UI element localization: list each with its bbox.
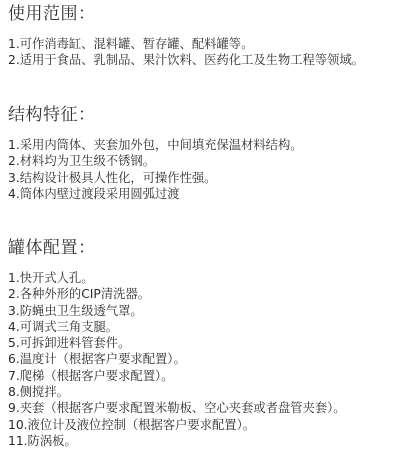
list-item: 3.结构设计极具人性化，可操作性强。 bbox=[8, 170, 420, 186]
list-item: 4.可调式三角支腿。 bbox=[8, 319, 420, 335]
list-item: 1.快开式人孔。 bbox=[8, 270, 420, 286]
list-item: 7.爬梯（根据客户要求配置）。 bbox=[8, 368, 420, 384]
structure-list: 1.采用内筒体、夹套加外包，中间填充保温材料结构。 2.材料均为卫生级不锈钢。 … bbox=[8, 137, 420, 202]
list-item: 8.侧搅拌。 bbox=[8, 384, 420, 400]
list-item: 4.筒体内壁过渡段采用圆弧过渡 bbox=[8, 186, 420, 202]
list-item: 1.可作消毒缸、混料罐、暂存罐、配料罐等。 bbox=[8, 36, 420, 52]
list-item: 2.各种外形的CIP清洗器。 bbox=[8, 286, 420, 302]
section-heading: 罐体配置： bbox=[8, 238, 420, 258]
list-item: 11.防涡板。 bbox=[8, 433, 420, 449]
configuration-list: 1.快开式人孔。 2.各种外形的CIP清洗器。 3.防蝇虫卫生级透气罩。 4.可… bbox=[8, 270, 420, 449]
list-item: 1.采用内筒体、夹套加外包，中间填充保温材料结构。 bbox=[8, 137, 420, 153]
usage-list: 1.可作消毒缸、混料罐、暂存罐、配料罐等。 2.适用于食品、乳制品、果汁饮料、医… bbox=[8, 36, 420, 69]
section-heading: 使用范围： bbox=[8, 4, 420, 24]
list-item: 10.液位计及液位控制（根据客户要求配置）。 bbox=[8, 417, 420, 433]
list-item: 3.防蝇虫卫生级透气罩。 bbox=[8, 303, 420, 319]
list-item: 6.温度计（根据客户要求配置）。 bbox=[8, 351, 420, 367]
list-item: 2.材料均为卫生级不锈钢。 bbox=[8, 153, 420, 169]
list-item: 5.可拆卸进料管套件。 bbox=[8, 335, 420, 351]
section-tank-configuration: 罐体配置： 1.快开式人孔。 2.各种外形的CIP清洗器。 3.防蝇虫卫生级透气… bbox=[8, 238, 420, 449]
list-item: 2.适用于食品、乳制品、果汁饮料、医药化工及生物工程等领域。 bbox=[8, 52, 420, 68]
section-structure-features: 结构特征： 1.采用内筒体、夹套加外包，中间填充保温材料结构。 2.材料均为卫生… bbox=[8, 105, 420, 202]
section-heading: 结构特征： bbox=[8, 105, 420, 125]
section-usage-scope: 使用范围： 1.可作消毒缸、混料罐、暂存罐、配料罐等。 2.适用于食品、乳制品、… bbox=[8, 4, 420, 69]
list-item: 9.夹套（根据客户要求配置米勒板、空心夹套或者盘管夹套）。 bbox=[8, 400, 420, 416]
